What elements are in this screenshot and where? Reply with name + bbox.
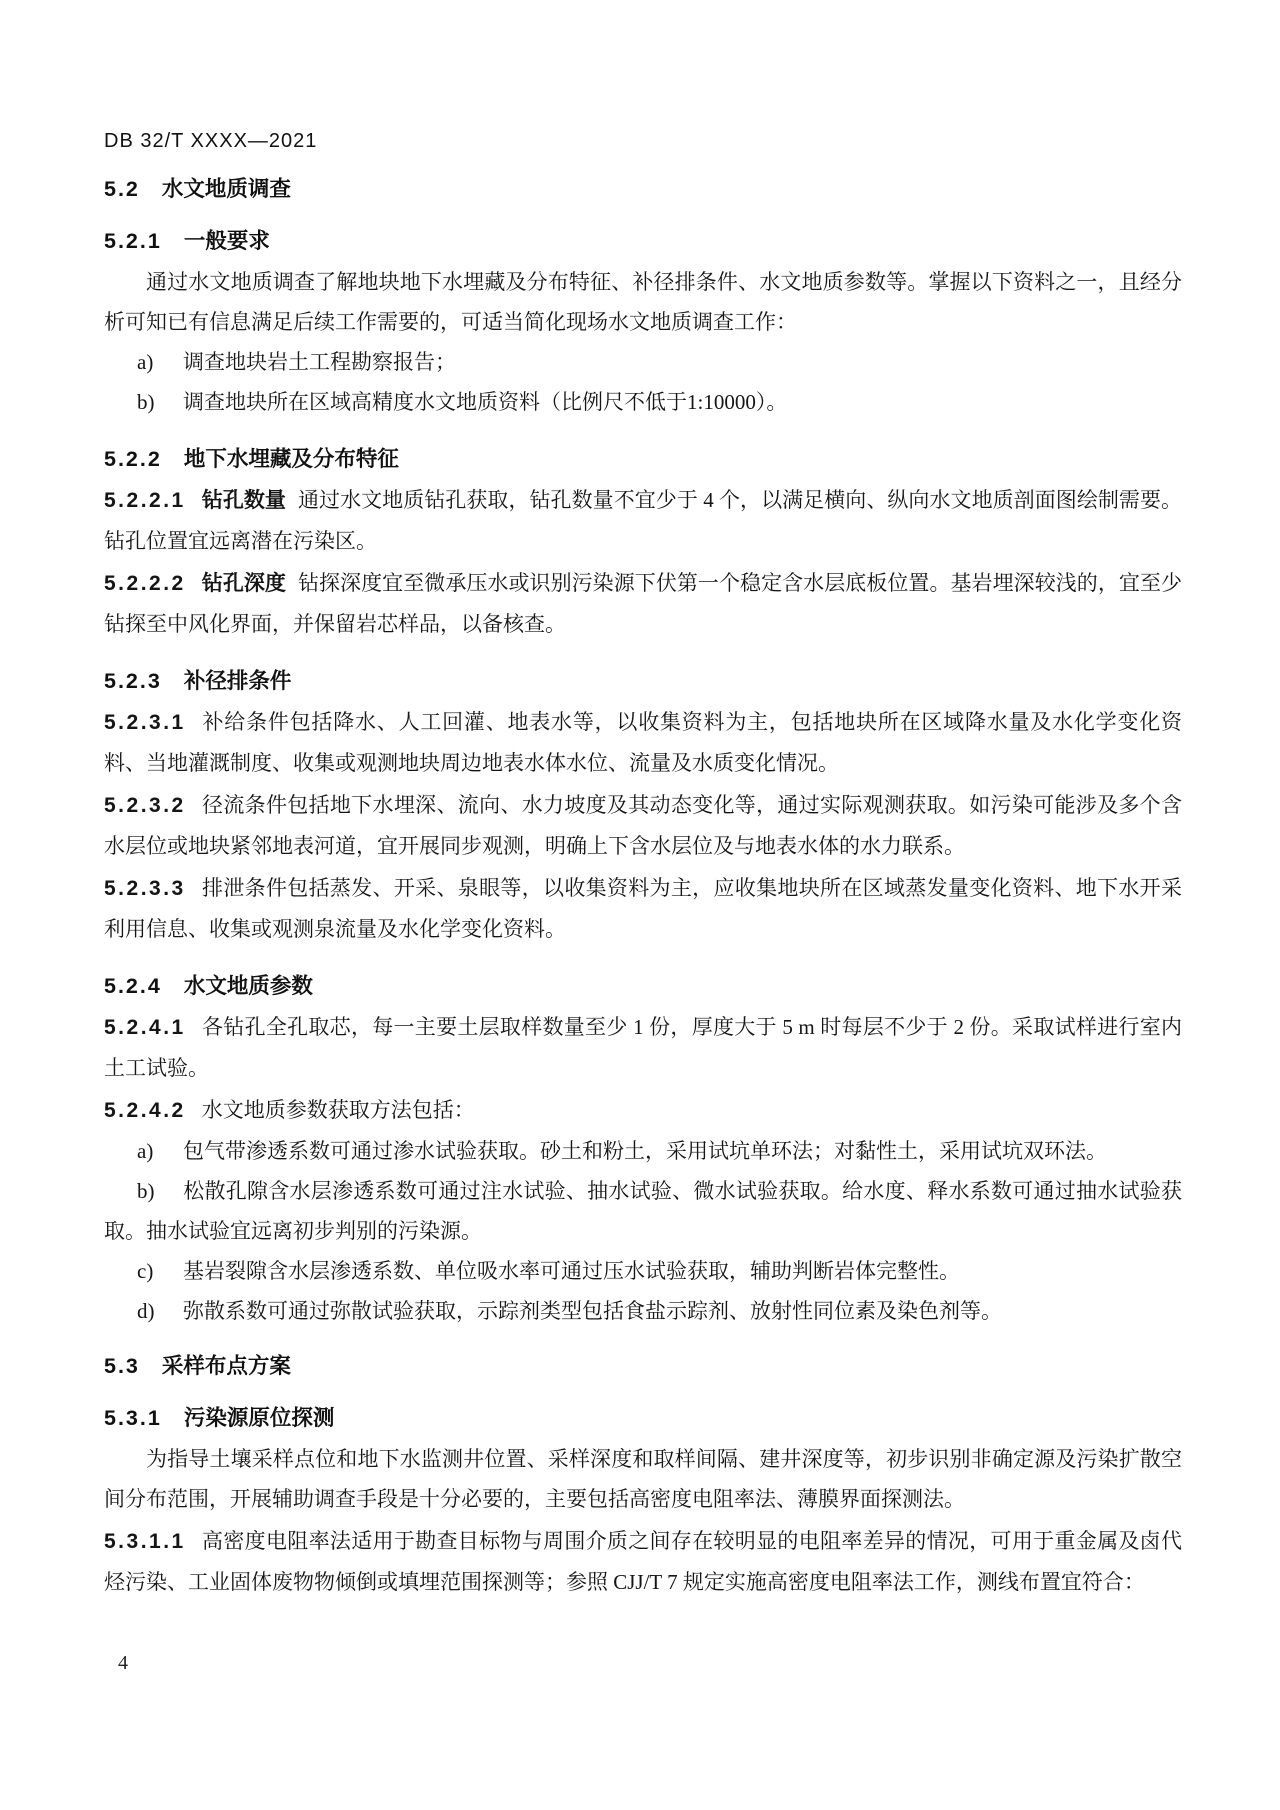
subsection-title: 补径排条件 <box>184 669 292 693</box>
subsection-number: 5.2.4 <box>104 971 162 1001</box>
clause-5-2-4-2: 5.2.4.2水文地质参数获取方法包括： <box>104 1090 1182 1131</box>
subsection-number: 5.2.2 <box>104 444 162 474</box>
clause-number: 5.2.2.2 <box>104 572 186 595</box>
clause-number: 5.2.4.1 <box>104 1016 186 1039</box>
list-item-a: a)调查地块岩土工程勘察报告； <box>104 342 1182 382</box>
paragraph-5-3-1: 为指导土壤采样点位和地下水监测井位置、采样深度和取样间隔、建井深度等，初步识别非… <box>104 1439 1182 1519</box>
clause-5-2-4-1: 5.2.4.1各钻孔全孔取芯，每一主要土层取样数量至少 1 份，厚度大于 5 m… <box>104 1007 1182 1088</box>
clause-text: 径流条件包括地下水埋深、流向、水力坡度及其动态变化等，通过实际观测获取。如污染可… <box>104 793 1182 858</box>
list-item-label: b) <box>137 1171 183 1211</box>
clause-text: 水文地质参数获取方法包括： <box>202 1098 475 1122</box>
list-item-a: a)包气带渗透系数可通过渗水试验获取。砂土和粉土，采用试坑单环法；对黏性土，采用… <box>104 1131 1182 1171</box>
clause-5-2-2-1: 5.2.2.1钻孔数量通过水文地质钻孔获取，钻孔数量不宜少于 4 个，以满足横向… <box>104 480 1182 561</box>
subsection-title: 一般要求 <box>184 229 270 253</box>
section-title: 采样布点方案 <box>162 1354 291 1378</box>
clause-text: 高密度电阻率法适用于勘查目标物与周围介质之间存在较明显的电阻率差异的情况，可用于… <box>104 1529 1182 1594</box>
clause-number: 5.3.1.1 <box>104 1530 186 1553</box>
section-number: 5.3 <box>104 1351 140 1381</box>
clause-number: 5.2.2.1 <box>104 489 186 512</box>
page-content: DB 32/T XXXX—2021 5.2水文地质调查 5.2.1一般要求 通过… <box>104 128 1182 1602</box>
subsection-heading-5-3-1: 5.3.1污染源原位探测 <box>104 1403 1182 1433</box>
list-item-label: a) <box>137 1131 183 1171</box>
subsection-number: 5.2.1 <box>104 226 162 256</box>
subsection-heading-5-2-1: 5.2.1一般要求 <box>104 226 1182 256</box>
clause-number: 5.2.3.1 <box>104 711 186 734</box>
clause-text: 排泄条件包括蒸发、开采、泉眼等，以收集资料为主，应收集地块所在区域蒸发量变化资料… <box>104 876 1182 941</box>
subsection-title: 污染源原位探测 <box>184 1406 335 1430</box>
clause-number: 5.2.3.2 <box>104 794 186 817</box>
clause-number: 5.2.3.3 <box>104 877 186 900</box>
list-item-text: 弥散系数可通过弥散试验获取，示踪剂类型包括食盐示踪剂、放射性同位素及染色剂等。 <box>183 1299 1002 1323</box>
subsection-heading-5-2-4: 5.2.4水文地质参数 <box>104 971 1182 1001</box>
clause-number: 5.2.4.2 <box>104 1099 186 1122</box>
clause-term: 钻孔数量 <box>202 489 286 512</box>
subsection-title: 水文地质参数 <box>184 974 313 998</box>
list-item-text: 基岩裂隙含水层渗透系数、单位吸水率可通过压水试验获取，辅助判断岩体完整性。 <box>183 1259 960 1283</box>
clause-5-3-1-1: 5.3.1.1高密度电阻率法适用于勘查目标物与周围介质之间存在较明显的电阻率差异… <box>104 1521 1182 1602</box>
clause-5-2-2-2: 5.2.2.2钻孔深度钻探深度宜至微承压水或识别污染源下伏第一个稳定含水层底板位… <box>104 563 1182 644</box>
list-item-label: b) <box>137 382 183 422</box>
section-heading-5-3: 5.3采样布点方案 <box>104 1351 1182 1381</box>
clause-term: 钻孔深度 <box>202 572 286 595</box>
list-item-c: c)基岩裂隙含水层渗透系数、单位吸水率可通过压水试验获取，辅助判断岩体完整性。 <box>104 1251 1182 1291</box>
list-item-b: b)松散孔隙含水层渗透系数可通过注水试验、抽水试验、微水试验获取。给水度、释水系… <box>104 1171 1182 1251</box>
clause-text: 各钻孔全孔取芯，每一主要土层取样数量至少 1 份，厚度大于 5 m 时每层不少于… <box>104 1015 1182 1080</box>
subsection-heading-5-2-3: 5.2.3补径排条件 <box>104 666 1182 696</box>
clause-5-2-3-1: 5.2.3.1补给条件包括降水、人工回灌、地表水等，以收集资料为主，包括地块所在… <box>104 702 1182 783</box>
clause-5-2-3-2: 5.2.3.2径流条件包括地下水埋深、流向、水力坡度及其动态变化等，通过实际观测… <box>104 785 1182 866</box>
section-number: 5.2 <box>104 174 140 204</box>
list-item-text: 松散孔隙含水层渗透系数可通过注水试验、抽水试验、微水试验获取。给水度、释水系数可… <box>104 1179 1182 1243</box>
list-item-b: b)调查地块所在区域高精度水文地质资料（比例尺不低于1:10000）。 <box>104 382 1182 422</box>
subsection-title: 地下水埋藏及分布特征 <box>184 447 399 471</box>
subsection-heading-5-2-2: 5.2.2地下水埋藏及分布特征 <box>104 444 1182 474</box>
document-page: DB 32/T XXXX—2021 5.2水文地质调查 5.2.1一般要求 通过… <box>0 0 1280 1810</box>
list-item-text: 包气带渗透系数可通过渗水试验获取。砂土和粉土，采用试坑单环法；对黏性土，采用试坑… <box>183 1139 1107 1163</box>
paragraph-5-2-1: 通过水文地质调查了解地块地下水埋藏及分布特征、补径排条件、水文地质参数等。掌握以… <box>104 262 1182 342</box>
clause-text: 补给条件包括降水、人工回灌、地表水等，以收集资料为主，包括地块所在区域降水量及水… <box>104 710 1182 775</box>
list-item-d: d)弥散系数可通过弥散试验获取，示踪剂类型包括食盐示踪剂、放射性同位素及染色剂等… <box>104 1291 1182 1331</box>
list-item-label: c) <box>137 1251 183 1291</box>
list-item-label: d) <box>137 1291 183 1331</box>
list-item-label: a) <box>137 342 183 382</box>
list-item-text: 调查地块所在区域高精度水文地质资料（比例尺不低于1:10000）。 <box>183 390 787 414</box>
section-title: 水文地质调查 <box>162 177 291 201</box>
subsection-number: 5.3.1 <box>104 1403 162 1433</box>
standard-number-header: DB 32/T XXXX—2021 <box>104 128 1182 154</box>
clause-5-2-3-3: 5.2.3.3排泄条件包括蒸发、开采、泉眼等，以收集资料为主，应收集地块所在区域… <box>104 868 1182 949</box>
subsection-number: 5.2.3 <box>104 666 162 696</box>
page-number: 4 <box>118 1652 128 1675</box>
list-item-text: 调查地块岩土工程勘察报告； <box>183 350 456 374</box>
section-heading-5-2: 5.2水文地质调查 <box>104 174 1182 204</box>
